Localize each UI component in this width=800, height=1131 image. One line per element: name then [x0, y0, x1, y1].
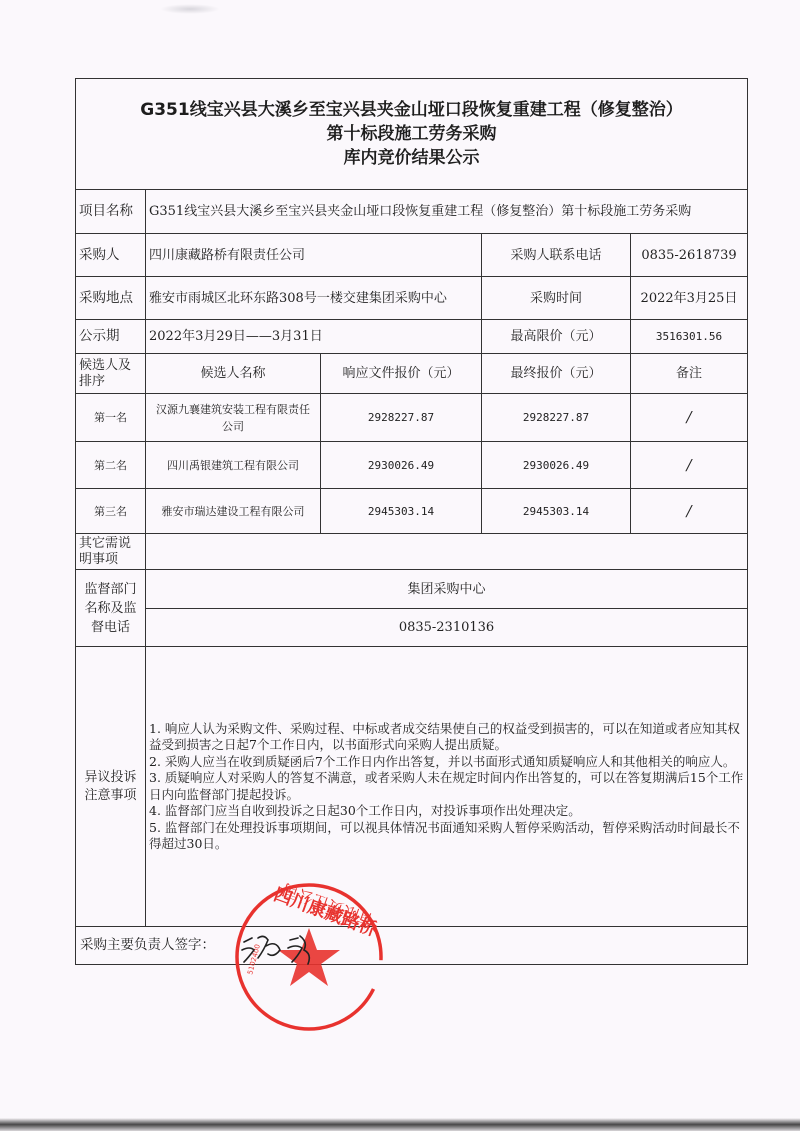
scan-edge-shadow — [0, 1118, 800, 1131]
supervision-phone: 0835-2310136 — [146, 609, 747, 646]
candidate-name: 汉源九襄建筑安装工程有限责任公司 — [146, 394, 321, 441]
time-value: 2022年3月25日 — [631, 277, 747, 319]
candidate-rank: 第三名 — [76, 489, 146, 533]
candidate-remark: / — [631, 442, 747, 488]
row-other-notes: 其它需说明事项 — [76, 534, 747, 570]
complaints-label: 异议投诉注意事项 — [76, 647, 146, 926]
row-publicity: 公示期 2022年3月29日——3月31日 最高限价（元） 3516301.56 — [76, 320, 747, 354]
row-project-name: 项目名称 G351线宝兴县大溪乡至宝兴县夹金山垭口段恢复重建工程（修复整治）第十… — [76, 190, 747, 234]
purchaser-value: 四川康藏路桥有限责任公司 — [146, 234, 482, 276]
purchaser-label: 采购人 — [76, 234, 146, 276]
candidate-response-price: 2930026.49 — [321, 442, 482, 488]
candidate-response-price: 2928227.87 — [321, 394, 482, 441]
document-title: G351线宝兴县大溪乡至宝兴县夹金山垭口段恢复重建工程（修复整治） 第十标段施工… — [76, 79, 747, 190]
candidate-rank: 第一名 — [76, 394, 146, 441]
candidate-row: 第一名 汉源九襄建筑安装工程有限责任公司 2928227.87 2928227.… — [76, 394, 747, 442]
row-supervision: 监督部门名称及监督电话 集团采购中心 0835-2310136 — [76, 570, 747, 647]
project-name-label: 项目名称 — [76, 190, 146, 233]
purchaser-phone-value: 0835-2618739 — [631, 234, 747, 276]
candidate-final-price: 2930026.49 — [482, 442, 631, 488]
supervision-department: 集团采购中心 — [146, 570, 747, 609]
max-price-label: 最高限价（元） — [482, 320, 631, 353]
title-line-1: G351线宝兴县大溪乡至宝兴县夹金山垭口段恢复重建工程（修复整治） — [140, 98, 682, 122]
time-label: 采购时间 — [482, 277, 631, 319]
candidate-remark: / — [631, 489, 747, 533]
max-price-value: 3516301.56 — [631, 320, 747, 353]
supervision-values: 集团采购中心 0835-2310136 — [146, 570, 747, 646]
project-name-value: G351线宝兴县大溪乡至宝兴县夹金山垭口段恢复重建工程（修复整治）第十标段施工劳… — [146, 190, 747, 233]
response-price-header: 响应文件报价（元） — [321, 354, 482, 393]
row-purchaser: 采购人 四川康藏路桥有限责任公司 采购人联系电话 0835-2618739 — [76, 234, 747, 277]
purchaser-phone-label: 采购人联系电话 — [482, 234, 631, 276]
complaints-notes: 1. 响应人认为采购文件、采购过程、中标或者成交结果使自己的权益受到损害的，可以… — [146, 647, 747, 926]
other-notes-value — [146, 534, 747, 569]
complaint-item: 3. 质疑响应人对采购人的答复不满意，或者采购人未在规定时间内作出答复的，可以在… — [149, 770, 744, 803]
complaint-item: 5. 监督部门在处理投诉事项期间，可以视具体情况书面通知采购人暂停采购活动，暂停… — [149, 820, 744, 853]
other-notes-label: 其它需说明事项 — [76, 534, 146, 569]
candidate-name-header: 候选人名称 — [146, 354, 321, 393]
candidate-final-price: 2928227.87 — [482, 394, 631, 441]
complaint-item: 4. 监督部门应当自收到投诉之日起30个工作日内，对投诉事项作出处理决定。 — [149, 803, 744, 820]
candidate-name: 四川禹银建筑工程有限公司 — [146, 442, 321, 488]
title-line-2: 第十标段施工劳务采购 — [327, 122, 497, 146]
candidate-row: 第三名 雅安市瑞达建设工程有限公司 2945303.14 2945303.14 … — [76, 489, 747, 534]
rank-header: 候选人及排序 — [76, 354, 146, 393]
supervision-label: 监督部门名称及监督电话 — [76, 570, 146, 646]
candidate-name: 雅安市瑞达建设工程有限公司 — [146, 489, 321, 533]
candidate-row: 第二名 四川禹银建筑工程有限公司 2930026.49 2930026.49 / — [76, 442, 747, 489]
final-price-header: 最终报价（元） — [482, 354, 631, 393]
signature-label: 采购主要负责人签字： — [76, 927, 747, 964]
candidate-rank: 第二名 — [76, 442, 146, 488]
candidate-response-price: 2945303.14 — [321, 489, 482, 533]
title-line-3: 库内竞价结果公示 — [344, 146, 480, 170]
complaint-item: 1. 响应人认为采购文件、采购过程、中标或者成交结果使自己的权益受到损害的，可以… — [149, 721, 744, 754]
row-location: 采购地点 雅安市雨城区北环东路308号一楼交建集团采购中心 采购时间 2022年… — [76, 277, 747, 320]
row-complaints: 异议投诉注意事项 1. 响应人认为采购文件、采购过程、中标或者成交结果使自己的权… — [76, 647, 747, 927]
candidate-remark: / — [631, 394, 747, 441]
row-signature: 采购主要负责人签字： — [76, 927, 747, 964]
candidates-header-row: 候选人及排序 候选人名称 响应文件报价（元） 最终报价（元） 备注 — [76, 354, 747, 394]
remark-header: 备注 — [631, 354, 747, 393]
complaint-item: 2. 采购人应当在收到质疑函后7个工作日内作出答复，并以书面形式通知质疑响应人和… — [149, 754, 744, 771]
location-label: 采购地点 — [76, 277, 146, 319]
candidate-final-price: 2945303.14 — [482, 489, 631, 533]
announcement-table: G351线宝兴县大溪乡至宝兴县夹金山垭口段恢复重建工程（修复整治） 第十标段施工… — [75, 78, 748, 965]
location-value: 雅安市雨城区北环东路308号一楼交建集团采购中心 — [146, 277, 482, 319]
scan-shadow — [160, 4, 220, 14]
publicity-label: 公示期 — [76, 320, 146, 353]
publicity-value: 2022年3月29日——3月31日 — [146, 320, 482, 353]
